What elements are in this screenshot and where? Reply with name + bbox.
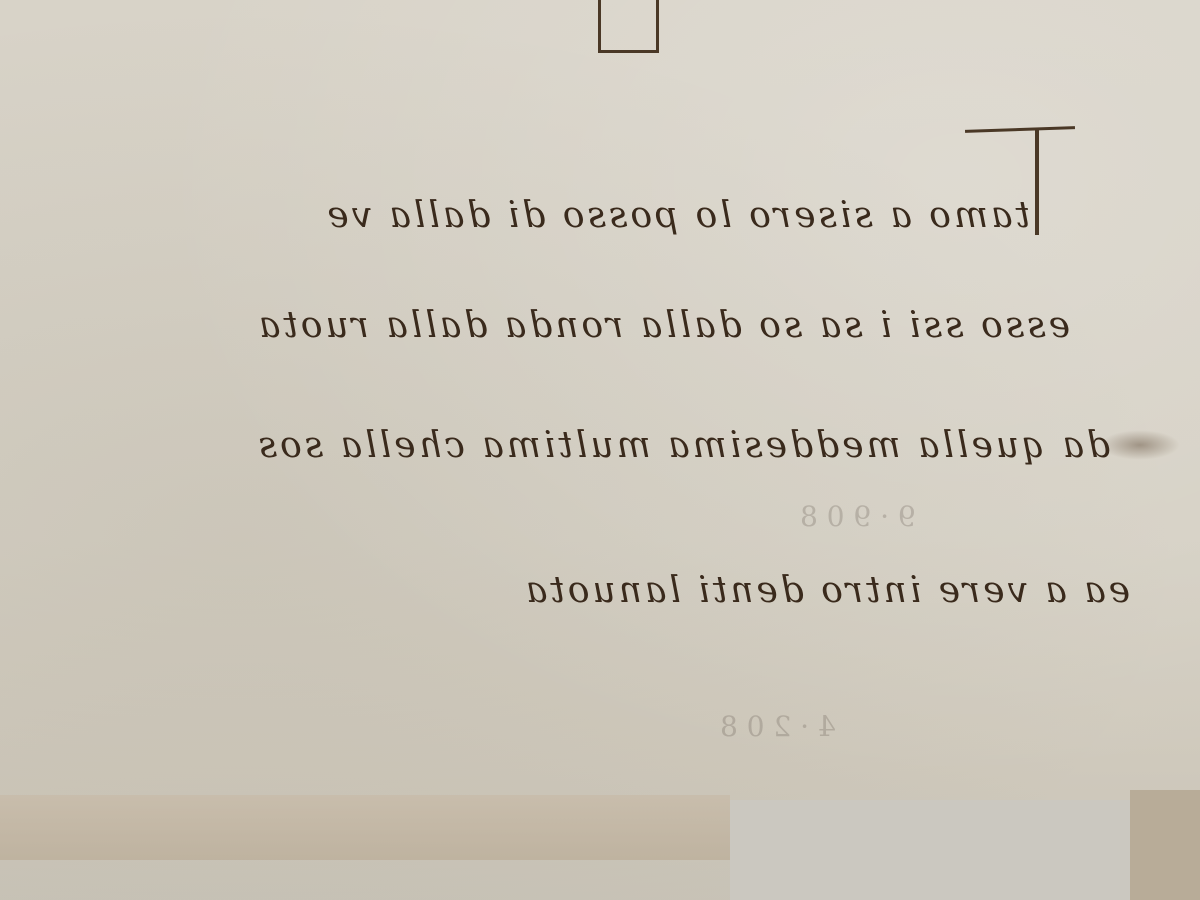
- faint-numbers-1: 9 · 9 0 8: [800, 500, 916, 533]
- paper-repair-strip: [0, 795, 730, 860]
- manuscript-photo: tamo a sisero lo posso di dalla ve esso …: [0, 0, 1200, 900]
- manuscript-line-4: ea a vere intro denti lanuota: [130, 570, 1130, 611]
- paper-mount-gap: [730, 800, 1130, 900]
- t-letter-stem: [1035, 130, 1039, 235]
- faint-numbers-2: 4 · 2 0 8: [720, 710, 836, 743]
- ink-stain: [1100, 430, 1180, 460]
- manuscript-line-2: esso ssi i sa so dalla ronda dalla ruota: [10, 305, 1070, 346]
- top-sketch: [598, 0, 659, 53]
- t-letter-crossbar: [965, 126, 1075, 133]
- manuscript-line-3: da quella meddesima multima chella sos: [0, 425, 1110, 466]
- paper-edge: [1130, 790, 1200, 900]
- manuscript-line-1: tamo a sisero lo posso di dalla ve: [0, 195, 1030, 236]
